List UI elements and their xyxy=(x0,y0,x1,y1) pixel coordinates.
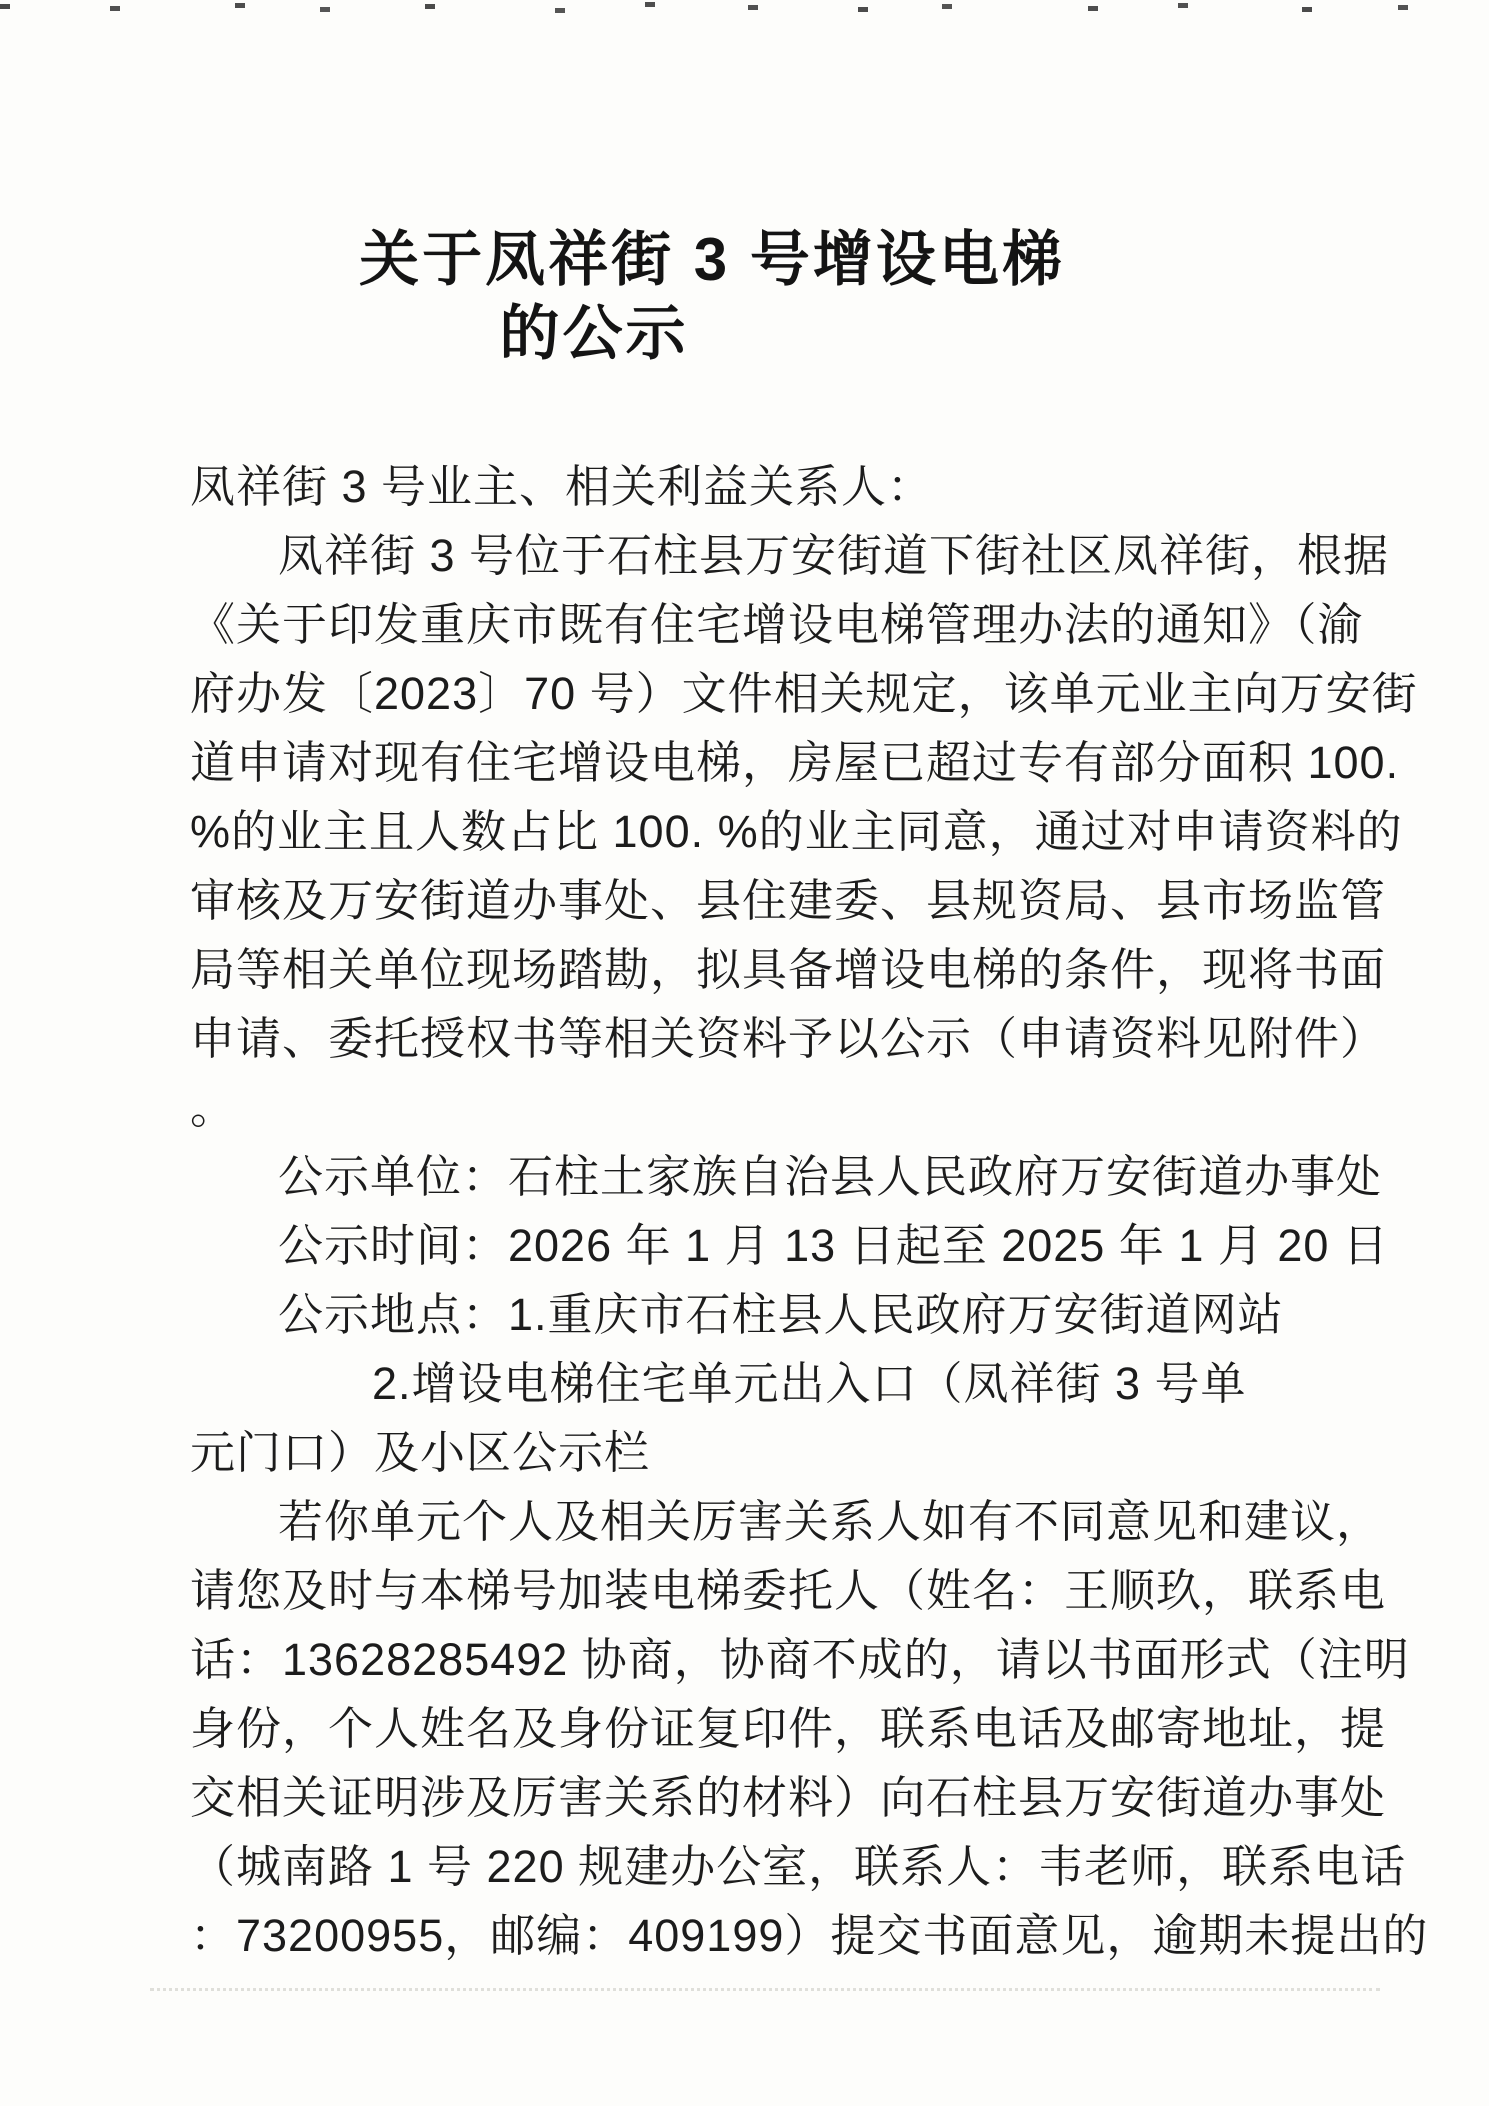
doc-line: %的业主且人数占比 100. %的业主同意，通过对申请资料的 xyxy=(190,797,1380,866)
doc-line: （城南路 1 号 220 规建办公室，联系人：韦老师，联系电话 xyxy=(190,1832,1380,1901)
doc-line: 凤祥街 3 号业主、相关利益关系人： xyxy=(190,452,1380,521)
doc-line: 。 xyxy=(190,1073,1380,1142)
doc-line: 府办发〔2023〕70 号）文件相关规定，该单元业主向万安街 xyxy=(190,659,1380,728)
doc-line: 话：13628285492 协商，协商不成的，请以书面形式（注明 xyxy=(190,1625,1380,1694)
doc-line: 公示地点：1.重庆市石柱县人民政府万安街道网站 xyxy=(190,1280,1380,1349)
document-page: 关于凤祥街 3 号增设电梯 的公示 凤祥街 3 号业主、相关利益关系人：凤祥街 … xyxy=(0,0,1489,2106)
page-title-line-2: 的公示 xyxy=(500,286,689,372)
doc-line: 元门口）及小区公示栏 xyxy=(190,1418,1380,1487)
doc-line: 请您及时与本梯号加装电梯委托人（姓名：王顺玖，联系电 xyxy=(190,1556,1380,1625)
page-title-line-1: 关于凤祥街 3 号增设电梯 xyxy=(359,212,1065,298)
doc-line: ：73200955，邮编：409199）提交书面意见，逾期未提出的 xyxy=(190,1901,1380,1970)
doc-line: 交相关证明涉及厉害关系的材料）向石柱县万安街道办事处 xyxy=(190,1763,1380,1832)
scan-smudge xyxy=(150,1988,1380,1991)
doc-line: 局等相关单位现场踏勘，拟具备增设电梯的条件，现将书面 xyxy=(190,935,1380,1004)
doc-line: 若你单元个人及相关厉害关系人如有不同意见和建议， xyxy=(190,1487,1380,1556)
doc-line: 2.增设电梯住宅单元出入口（凤祥街 3 号单 xyxy=(190,1349,1380,1418)
doc-line: 道申请对现有住宅增设电梯，房屋已超过专有部分面积 100. xyxy=(190,728,1380,797)
doc-line: 审核及万安街道办事处、县住建委、县规资局、县市场监管 xyxy=(190,866,1380,935)
doc-line: 《关于印发重庆市既有住宅增设电梯管理办法的通知》（渝 xyxy=(190,590,1380,659)
doc-line: 公示单位：石柱土家族自治县人民政府万安街道办事处 xyxy=(190,1142,1380,1211)
scan-noise xyxy=(0,4,10,9)
doc-line: 申请、委托授权书等相关资料予以公示（申请资料见附件） xyxy=(190,1004,1380,1073)
document-body: 凤祥街 3 号业主、相关利益关系人：凤祥街 3 号位于石柱县万安街道下街社区凤祥… xyxy=(190,452,1380,1970)
doc-line: 公示时间：2026 年 1 月 13 日起至 2025 年 1 月 20 日 xyxy=(190,1211,1380,1280)
doc-line: 身份，个人姓名及身份证复印件，联系电话及邮寄地址，提 xyxy=(190,1694,1380,1763)
doc-line: 凤祥街 3 号位于石柱县万安街道下街社区凤祥街，根据 xyxy=(190,521,1380,590)
